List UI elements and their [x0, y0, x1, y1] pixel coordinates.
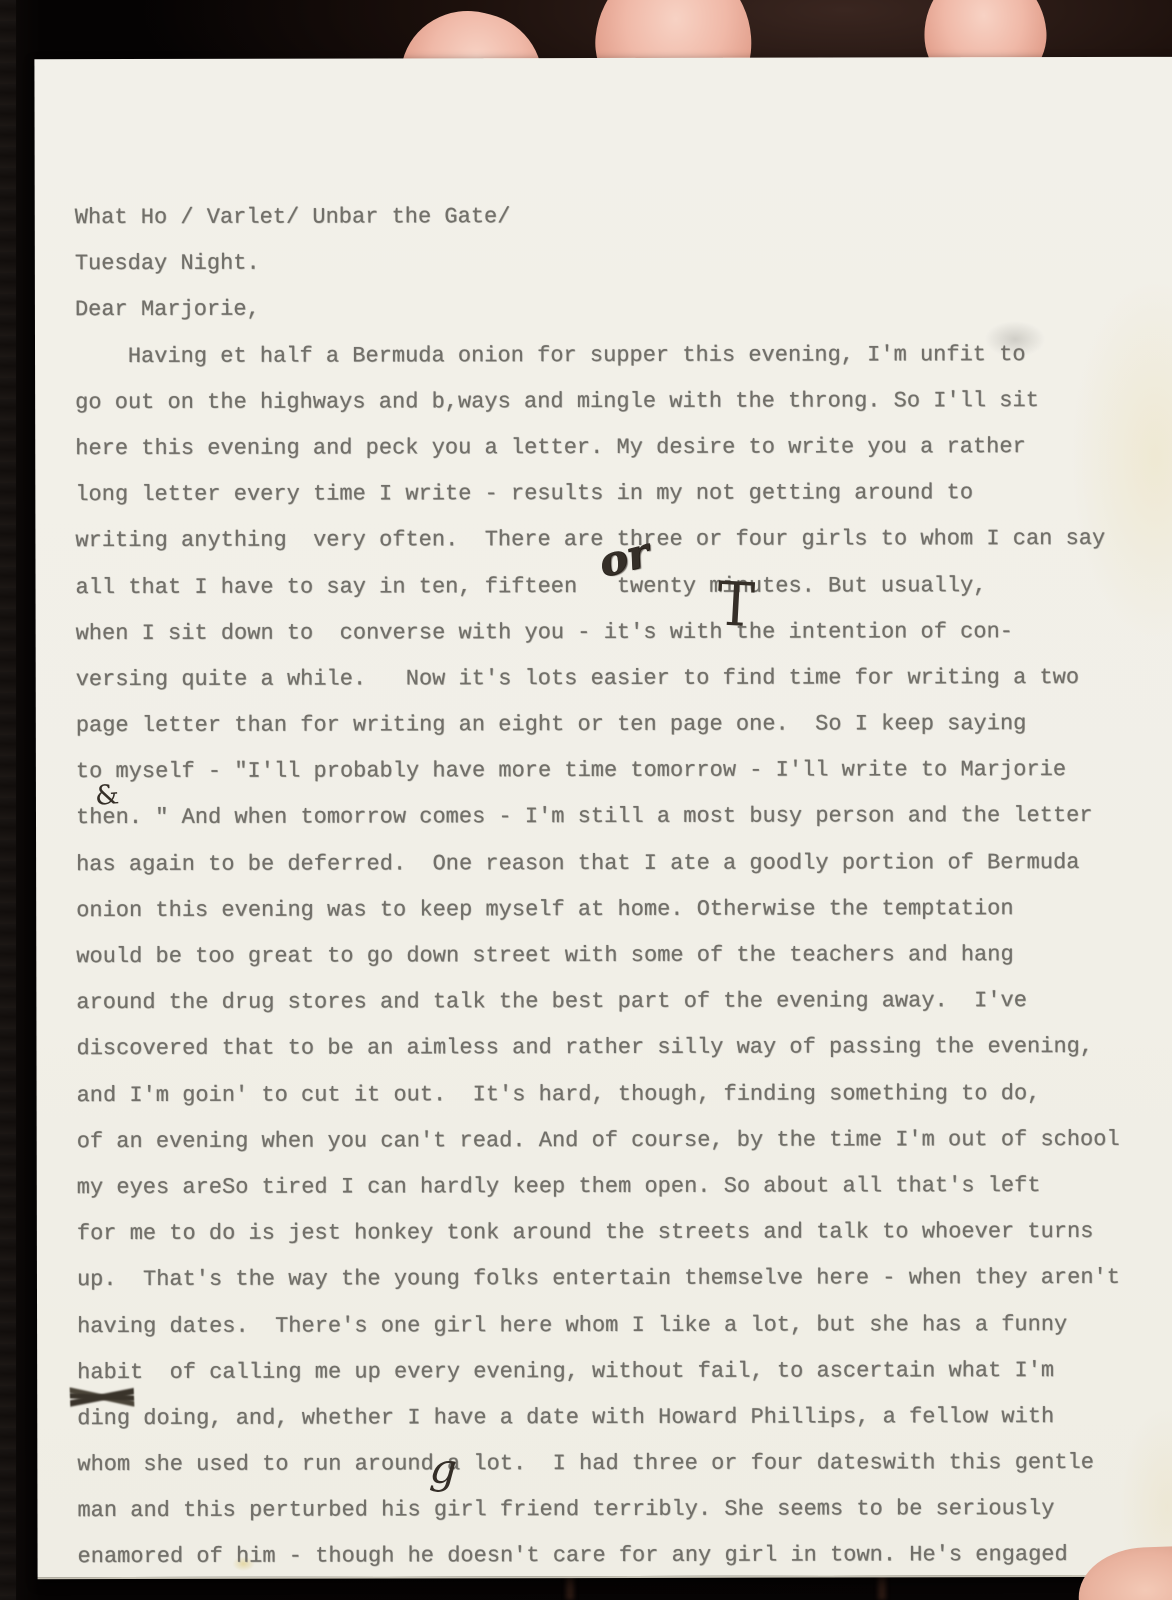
- letter-line: whom she used to run around a lot. I had…: [77, 1440, 1120, 1488]
- typed-letter-text: What Ho / Varlet/ Unbar the Gate/Tuesday…: [75, 193, 1121, 1581]
- letter-line: go out on the highways and b,ways and mi…: [75, 378, 1118, 426]
- letter-line: Having et half a Bermuda onion for suppe…: [75, 331, 1118, 379]
- letter-line: my eyes areSo tired I can hardly keep th…: [77, 1163, 1120, 1211]
- letter-line: to myself - "I'll probably have more tim…: [76, 747, 1119, 795]
- letter-line: and I'm goin' to cut it out. It's hard, …: [77, 1070, 1120, 1118]
- letter-line: then. " And when tomorrow comes - I'm st…: [76, 793, 1119, 841]
- letter-line: man and this perturbed his girl friend t…: [77, 1486, 1120, 1534]
- letter-line: of an evening when you can't read. And o…: [77, 1117, 1120, 1165]
- letter-line: Tuesday Night.: [75, 239, 1118, 287]
- letter-photo: What Ho / Varlet/ Unbar the Gate/Tuesday…: [0, 0, 1172, 1600]
- photo-left-border: [0, 0, 16, 1600]
- letter-line: for me to do is jest honkey tonk around …: [77, 1209, 1120, 1257]
- letter-line: long letter every time I write - results…: [75, 470, 1118, 518]
- letter-line: having dates. There's one girl here whom…: [77, 1301, 1120, 1349]
- letter-line: has again to be deferred. One reason tha…: [76, 840, 1119, 888]
- letter-paper: What Ho / Varlet/ Unbar the Gate/Tuesday…: [34, 57, 1172, 1579]
- letter-line: enamored of him - though he doesn't care…: [77, 1532, 1120, 1580]
- letter-line: habit of calling me up every evening, wi…: [77, 1348, 1120, 1396]
- letter-line: page letter than for writing an eight or…: [76, 701, 1119, 749]
- letter-line: versing quite a while. Now it's lots eas…: [76, 655, 1119, 703]
- letter-line: onion this evening was to keep myself at…: [76, 886, 1119, 934]
- letter-line: around the drug stores and talk the best…: [76, 978, 1119, 1026]
- letter-line: Dear Marjorie,: [75, 285, 1118, 333]
- letter-line: when I sit down to converse with you - i…: [76, 609, 1119, 657]
- letter-line: would be too great to go down street wit…: [76, 932, 1119, 980]
- letter-line: here this evening and peck you a letter.…: [75, 424, 1118, 472]
- letter-line: ding doing, and, whether I have a date w…: [77, 1394, 1120, 1442]
- letter-line: up. That's the way the young folks enter…: [77, 1255, 1120, 1303]
- letter-line: discovered that to be an aimless and rat…: [76, 1024, 1119, 1072]
- letter-line: writing anything very often. There are t…: [75, 516, 1118, 564]
- letter-line: all that I have to say in ten, fifteen t…: [75, 562, 1118, 610]
- letter-line: What Ho / Varlet/ Unbar the Gate/: [75, 193, 1118, 241]
